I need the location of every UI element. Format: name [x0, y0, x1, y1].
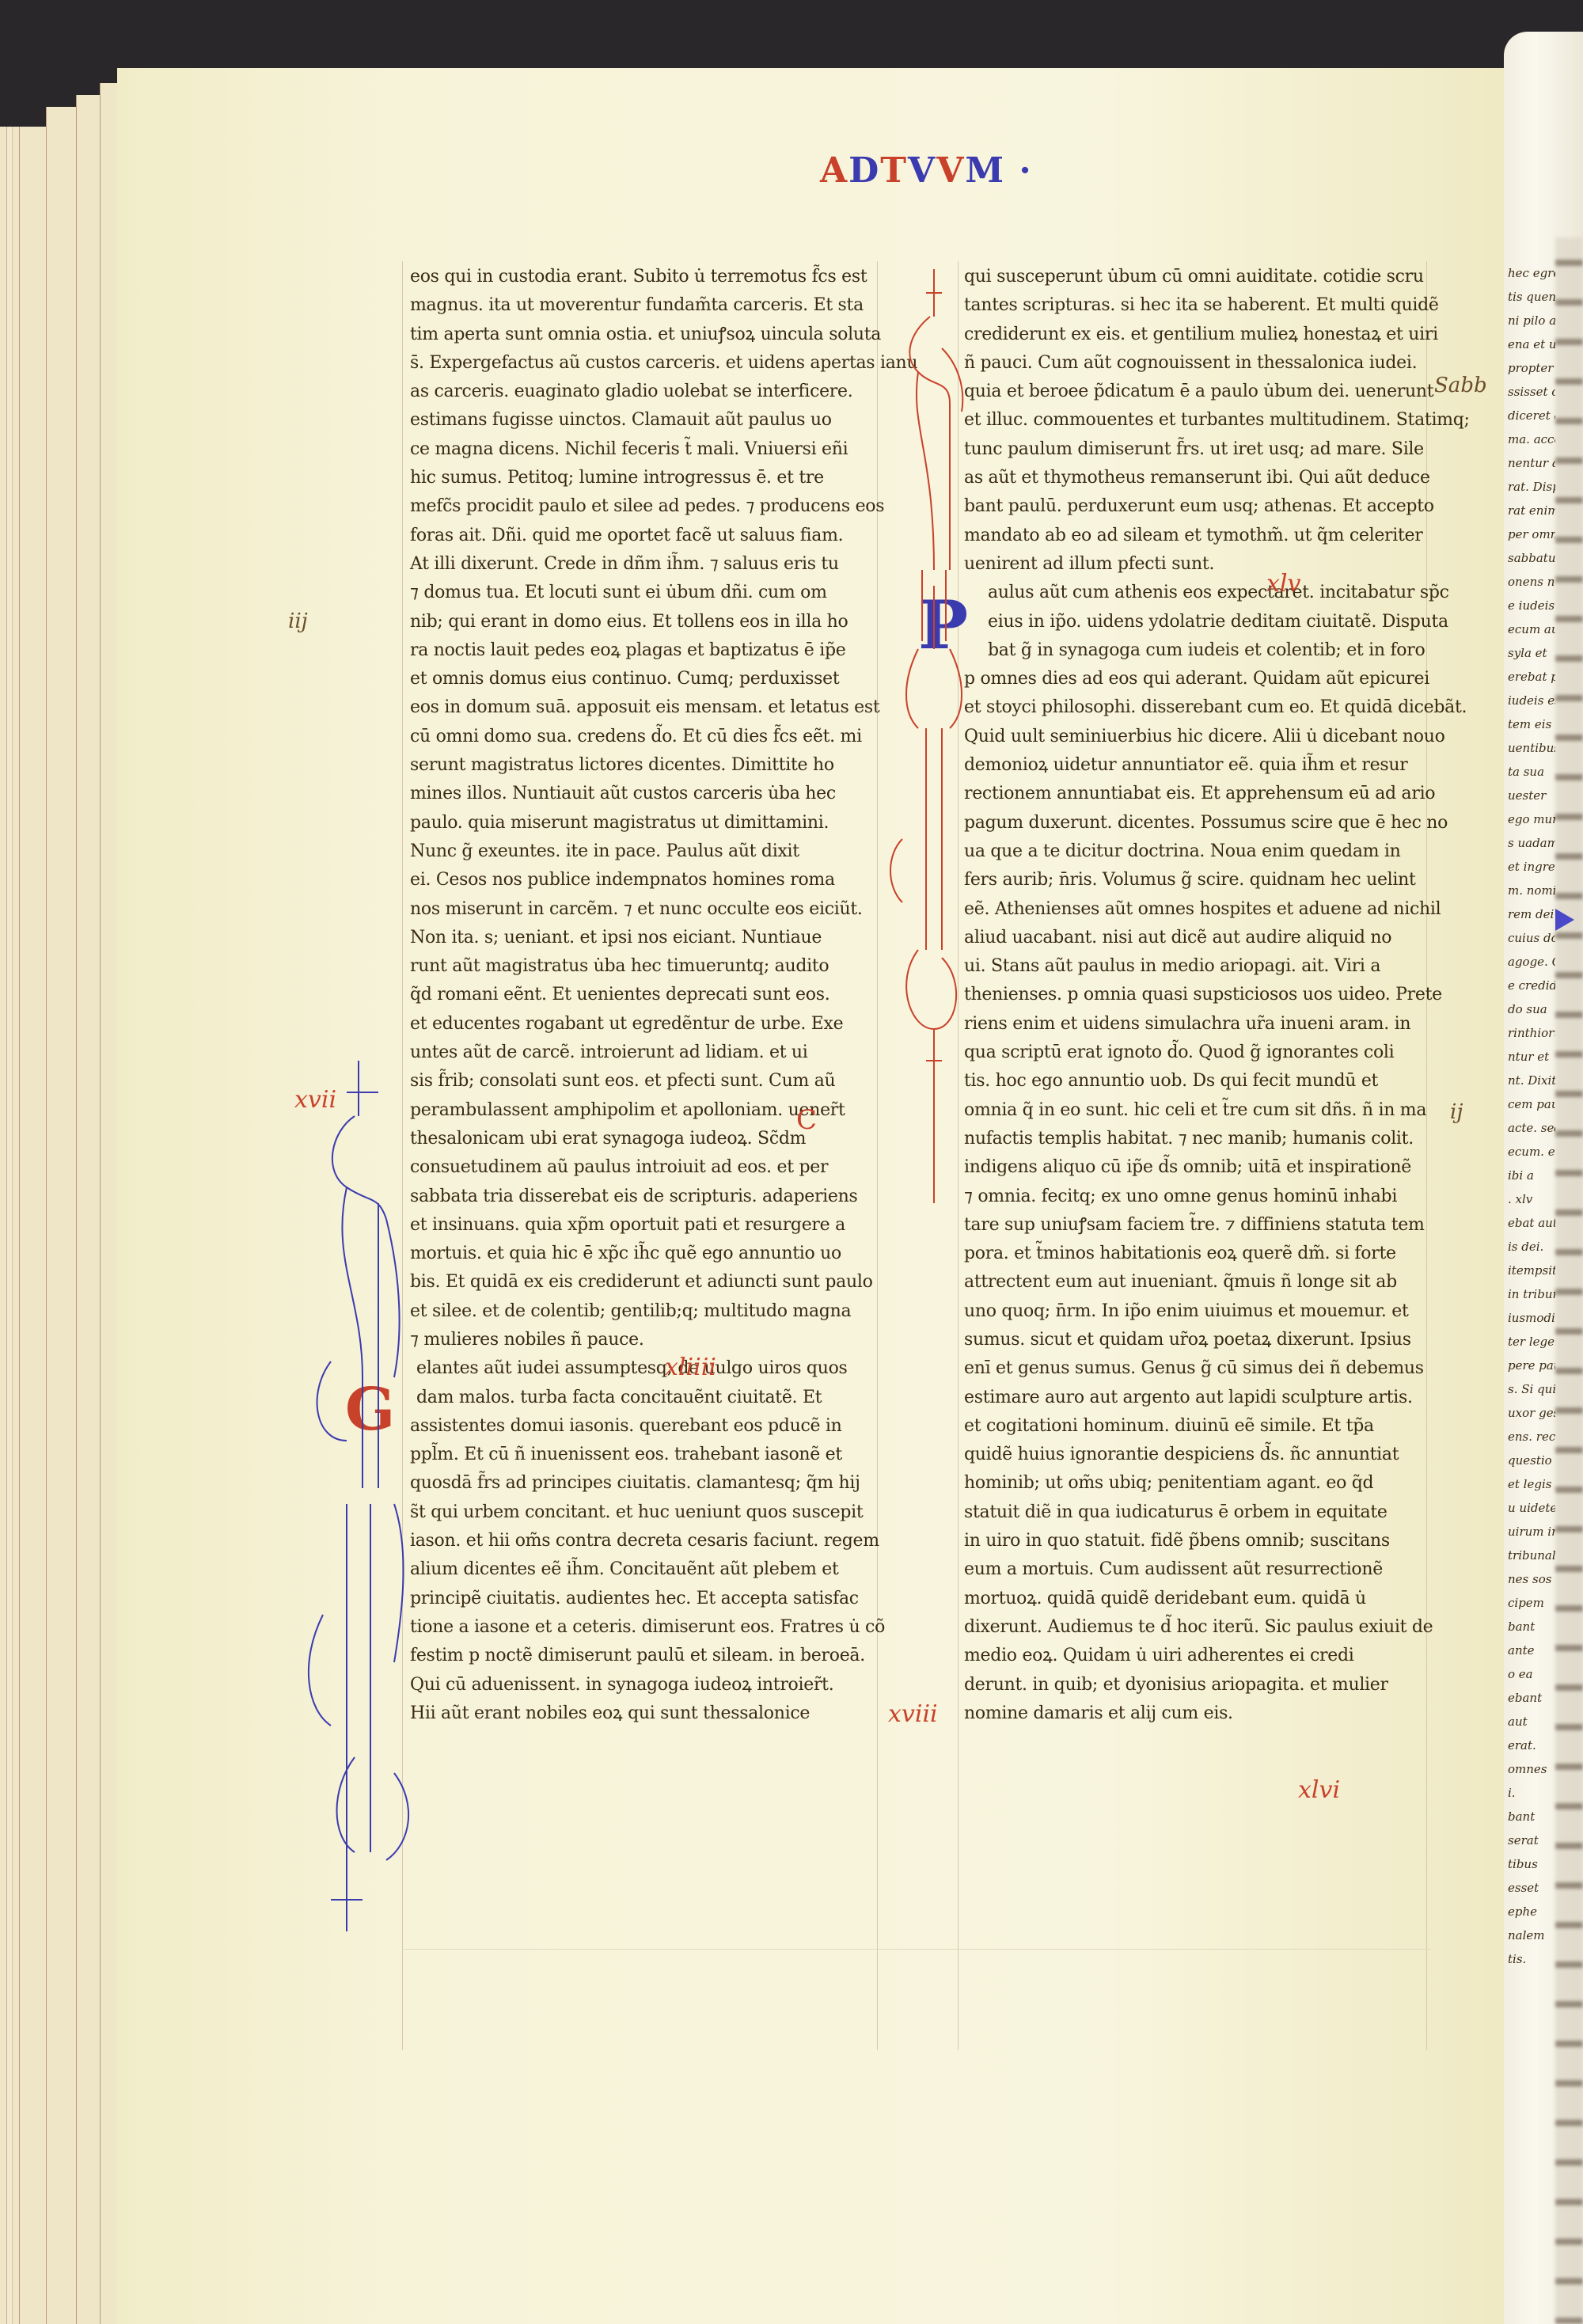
text-line: eos qui in custodia erant. Subito u̇ ter… [410, 263, 885, 291]
text-line: cipem [1508, 1591, 1555, 1615]
text-line: iason. et hii om̃s contra decreta cesari… [410, 1527, 885, 1555]
section-number-xliiii: xliiii [665, 1354, 716, 1381]
text-line: s uadam [1508, 831, 1555, 855]
text-line: uirum in [1508, 1520, 1555, 1544]
text-line: esset [1508, 1876, 1555, 1900]
text-line: tis. [1508, 1947, 1555, 1971]
text-line: mines illos. Nuntiauit aũt custos carcer… [410, 780, 885, 808]
text-line: e iudeis et [1508, 594, 1555, 617]
text-line: ni pilo aquilla [1508, 309, 1555, 332]
text-line: tantes scripturas. si hec ita se haberen… [964, 291, 1439, 320]
margin-note-ij: ij [1450, 1100, 1463, 1124]
text-line: s̄. Expergefactus aũ custos carceris. et… [410, 349, 885, 378]
text-line: cuius do [1508, 926, 1555, 950]
text-line: questio [1508, 1449, 1555, 1472]
text-line: as carceris. euaginato gladio uolebat se… [410, 378, 885, 406]
text-line: tem eis [1508, 712, 1555, 736]
text-line: in uiro in quo statuit. fidẽ p̃bens omni… [964, 1527, 1439, 1555]
text-line: ecum. et [1508, 1140, 1555, 1164]
text-line: qua scriptū erat ignoto d̃o. Quod g̃ ign… [964, 1039, 1439, 1067]
text-line: ibi a [1508, 1164, 1555, 1187]
text-line: tunc paulum dimiserunt f̃rs. ut iret usq… [964, 435, 1439, 464]
facing-leaf-edge [1555, 237, 1583, 2324]
text-line: uentibus [1508, 736, 1555, 760]
text-line: ego mun [1508, 807, 1555, 831]
text-line: i. [1508, 1781, 1555, 1805]
text-line: propter quod [1508, 356, 1555, 380]
text-line: et illuc. commouentes et turbantes multi… [964, 406, 1439, 435]
text-line: fers aurib; n̄ris. Volumus g̃ scire. qui… [964, 866, 1439, 894]
text-line: ebant [1508, 1686, 1555, 1710]
text-line: pagum duxerunt. dicentes. Possumus scire… [964, 809, 1439, 837]
text-line: q̃d romani eẽnt. Et uenientes deprecati … [410, 981, 885, 1009]
text-line: mortuoꝝ. quidā quidẽ deridebant eum. qui… [964, 1585, 1439, 1613]
text-line: mandato ab eo ad sileam et tymothm̃. ut … [964, 522, 1439, 550]
margin-note-sabb: Sabb [1434, 374, 1487, 397]
text-line: tare sup uniuꝭsam faciem t̃re. ⁊ diffini… [964, 1211, 1439, 1240]
text-line: At illi dixerunt. Crede in dñm ih̃m. ⁊ s… [410, 550, 885, 579]
text-line: ta sua [1508, 760, 1555, 784]
text-line: aliud uacabant. nisi aut dicẽ aut audire… [964, 924, 1439, 952]
text-line: hominib; ut om̃s ubiq; penitentiam agant… [964, 1469, 1439, 1498]
text-line: untes aũt de carcẽ. introierunt ad lidia… [410, 1039, 885, 1067]
text-line: onens nomen [1508, 570, 1555, 594]
text-line: riens enim et uidens simulachra ur̃a inu… [964, 1010, 1439, 1039]
text-line: cū omni domo sua. credens d̃o. Et cū die… [410, 723, 885, 751]
right-text-column: qui susceperunt u̇bum cū omni auiditate.… [964, 263, 1439, 1728]
text-line: m. nomine [1508, 879, 1555, 902]
text-line: bant [1508, 1615, 1555, 1639]
text-line: attrectent eum aut inueniant. q̃muis ñ l… [964, 1268, 1439, 1297]
text-line: . xlv [1508, 1187, 1555, 1211]
text-line: ecum autem [1508, 617, 1555, 641]
text-line: bis. Et quidā ex eis crediderunt et adiu… [410, 1268, 885, 1297]
text-line: serunt magistratus lictores dicentes. Di… [410, 751, 885, 780]
text-line: tim aperta sunt omnia ostia. et uniuꝭsoꝝ… [410, 321, 885, 349]
red-pen-flourish [886, 269, 974, 1203]
text-line: erebat paulus [1508, 665, 1555, 689]
text-line: et educentes rogabant ut egredẽntur de u… [410, 1010, 885, 1039]
text-line: syla et [1508, 641, 1555, 665]
running-title: ADTVVM · [820, 150, 1033, 191]
text-line: ebat aut ibi [1508, 1211, 1555, 1235]
text-line: ppl̃m. Et cū ñ inuenissent eos. traheban… [410, 1441, 885, 1469]
text-line: do sua [1508, 997, 1555, 1021]
text-line: ena et uxorem [1508, 332, 1555, 356]
text-line: ante [1508, 1639, 1555, 1662]
text-line: itempsit u [1508, 1259, 1555, 1282]
text-line: assistentes domui iasonis. querebant eos… [410, 1412, 885, 1441]
title-letter: M [965, 150, 1005, 191]
text-line: per omne [1508, 522, 1555, 546]
text-line: statuit diẽ in qua iudicaturus ē orbem i… [964, 1498, 1439, 1527]
text-line: ui. Stans aũt paulus in medio ariopagi. … [964, 952, 1439, 981]
text-line: bant [1508, 1805, 1555, 1828]
text-line: ntur et [1508, 1045, 1555, 1069]
title-letter: · [1005, 150, 1033, 191]
text-line: erat. [1508, 1734, 1555, 1757]
text-line: o ea [1508, 1662, 1555, 1686]
text-line: quidẽ huius ignorantie despiciens d̃s. ñ… [964, 1441, 1439, 1469]
text-line: crediderunt ex eis. et gentilium mulieꝝ … [964, 321, 1439, 349]
text-line: nalem [1508, 1923, 1555, 1947]
text-line: sabbatum [1508, 546, 1555, 570]
text-line: et cogitationi hominum. diuinū eẽ simile… [964, 1412, 1439, 1441]
text-line: tribunal [1508, 1544, 1555, 1567]
text-line: demonioꝝ uidetur annuntiator eẽ. quia ih… [964, 751, 1439, 780]
title-letter: V [936, 150, 965, 191]
text-line: rectionem annuntiabat eis. Et apprehensu… [964, 780, 1439, 808]
text-line: et legis [1508, 1472, 1555, 1496]
text-line: medio eoꝝ. Quidam u̇ uiri adherentes ei … [964, 1642, 1439, 1670]
text-line: aut [1508, 1710, 1555, 1734]
text-line: omnia q̃ in eo sunt. hic celi et t̃re cu… [964, 1096, 1439, 1125]
text-line: bat g̃ in synagoga cum iudeis et colenti… [964, 636, 1439, 665]
text-line: rat. Dispu [1508, 475, 1555, 499]
text-line: estimare auro aut argento aut lapidi scu… [964, 1384, 1439, 1412]
text-line: eos in domum suā. apposuit eis mensam. e… [410, 693, 885, 722]
text-line: bant paulū. perduxerunt eum usq; athenas… [964, 492, 1439, 521]
text-line: hec egressus ab [1508, 261, 1555, 285]
text-line: Hii aũt erant nobiles eoꝝ qui sunt thess… [410, 1699, 885, 1728]
text-line: derunt. in quib; et dyonisius ariopagita… [964, 1671, 1439, 1699]
text-line: alium dicentes eẽ ih̃m. Concitauẽnt aũt … [410, 1555, 885, 1584]
text-line: rinthiorum [1508, 1021, 1555, 1045]
text-line: rem dei [1508, 902, 1555, 926]
text-line: eius in ip̃o. uidens ydolatrie deditam c… [964, 608, 1439, 636]
chapter-number-xvii: xvii [294, 1086, 336, 1114]
text-line: pere paulo [1508, 1354, 1555, 1377]
text-line: ephe [1508, 1900, 1555, 1923]
text-line: et ingressus [1508, 855, 1555, 879]
chapter-number-xviii: xviii [888, 1700, 938, 1728]
text-line: diceret omnes [1508, 404, 1555, 427]
margin-note-iij: iij [288, 609, 308, 633]
text-line: nufactis templis habitat. ⁊ nec manib; h… [964, 1125, 1439, 1153]
text-line: ñ pauci. Cum aũt cognouissent in thessal… [964, 349, 1439, 378]
text-line: cem paulo [1508, 1092, 1555, 1116]
title-letter: T [880, 150, 908, 191]
text-line: pora. et t̃minos habitationis eoꝝ querẽ … [964, 1240, 1439, 1268]
text-line: uxor gestio ad [1508, 1401, 1555, 1425]
text-line: magnus. ita ut moverentur fundam̃ta carc… [410, 291, 885, 320]
text-line: nomine damaris et alij cum eis. [964, 1699, 1439, 1728]
text-line: nes sos [1508, 1567, 1555, 1591]
text-line: indigens aliquo cū ip̃e d̃s omnib; uitā … [964, 1153, 1439, 1182]
text-line: serat [1508, 1828, 1555, 1852]
text-line: e credidit [1508, 974, 1555, 997]
text-line: nt. Dixit [1508, 1069, 1555, 1092]
section-number-xlv: xlv [1266, 570, 1300, 598]
ruling-line [402, 1949, 1431, 1950]
text-line: uenirent ad illum pfecti sunt. [964, 550, 1439, 579]
text-line: et omnis domus eius continuo. Cumq; perd… [410, 665, 885, 693]
text-line: sumus. sicut et quidam ur̃oꝝ poetaꝝ dixe… [964, 1326, 1439, 1354]
text-line: eẽ. Athenienses aũt omnes hospites et ad… [964, 895, 1439, 924]
text-line: as aũt et thymotheus remanserunt ibi. Qu… [964, 464, 1439, 492]
text-line: rat enim [1508, 499, 1555, 522]
text-line: mefc̃s procidit paulo et silee ad pedes.… [410, 492, 885, 521]
text-line: iudeis esse [1508, 689, 1555, 712]
text-line: et silee. et de colentib; gentilib;q; mu… [410, 1297, 885, 1326]
text-line: ssisset claudi [1508, 380, 1555, 404]
text-line: principẽ ciuitatis. audientes hec. Et ac… [410, 1585, 885, 1613]
text-line: tis. hoc ego annuntio uob. Ds qui fecit … [964, 1067, 1439, 1096]
text-line: festim p noctẽ dimiserunt paulū et silea… [410, 1642, 885, 1670]
left-text-column: eos qui in custodia erant. Subito u̇ ter… [410, 263, 885, 1728]
text-line: sabbata tria disserebat eis de scripturi… [410, 1183, 885, 1211]
text-line: u uidete [1508, 1496, 1555, 1520]
text-line: tione a iasone et a ceteris. dimiserunt … [410, 1613, 885, 1642]
title-letter: V [908, 150, 936, 191]
text-line: Nunc g̃ exeuntes. ite in pace. Paulus aũ… [410, 837, 885, 866]
text-line: uno quoq; n̄rm. In ip̃o enim uiuimus et … [964, 1297, 1439, 1326]
section-number-xlvi: xlvi [1298, 1776, 1340, 1804]
text-line: ua que a te dicitur doctrina. Noua enim … [964, 837, 1439, 866]
text-line: eum a mortuis. Cum audissent aũt resurre… [964, 1555, 1439, 1584]
text-line: tis quendam i [1508, 285, 1555, 309]
text-line: s̃t qui urbem concitant. et huc ueniunt … [410, 1498, 885, 1527]
text-line: mortuis. et quia hic ē xp̃c ih̃c quẽ ego… [410, 1240, 885, 1268]
text-line: tibus [1508, 1852, 1555, 1876]
text-line: Qui cū aduenissent. in synagoga iudeoꝝ i… [410, 1671, 885, 1699]
title-letter: A [820, 150, 848, 191]
text-line: qui susceperunt u̇bum cū omni auiditate.… [964, 263, 1439, 291]
text-line: Quid uult seminiuerbius hic dicere. Alii… [964, 723, 1439, 751]
text-line: s. Si quidem [1508, 1377, 1555, 1401]
section-initial-c: C [796, 1104, 817, 1136]
text-line: ei. Cesos nos publice indempnatos homine… [410, 866, 885, 894]
text-line: dam malos. turba facta concitauẽnt ciuit… [410, 1384, 885, 1412]
text-line: enī et genus sumus. Genus g̃ cū simus de… [964, 1354, 1439, 1383]
facing-leaf-text: hec egressus abtis quendam ini pilo aqui… [1508, 261, 1555, 1971]
text-line: ens. recte ui [1508, 1425, 1555, 1449]
text-line: ra noctis lauit pedes eoꝝ plagas et bapt… [410, 636, 885, 665]
text-line: foras ait. Dñi. quid me oportet facẽ ut … [410, 522, 885, 550]
text-line: thenienses. p omnia quasi supsticiosos u… [964, 981, 1439, 1009]
text-line: paulo. quia miserunt magistratus ut dimi… [410, 809, 885, 837]
text-line: p omnes dies ad eos qui aderant. Quidam … [964, 665, 1439, 693]
text-line: aulus aũt cum athenis eos expectaret. in… [964, 579, 1439, 607]
text-line: ⁊ domus tua. Et locuti sunt ei u̇bum dñi… [410, 579, 885, 607]
text-line: is dei. [1508, 1235, 1555, 1259]
text-line: quosdā f̃rs ad principes ciuitatis. clam… [410, 1469, 885, 1498]
text-line: uester [1508, 784, 1555, 807]
text-line: ter legem [1508, 1330, 1555, 1354]
text-line: runt aũt magistratus u̇ba hec timueruntq… [410, 952, 885, 981]
text-line: et insinuans. quia xp̃m oportuit pati et… [410, 1211, 885, 1240]
text-line: nib; qui erant in domo eius. Et tollens … [410, 608, 885, 636]
text-line: iusmodi colen [1508, 1306, 1555, 1330]
text-line: agoge. Cris [1508, 950, 1555, 974]
text-line: Non ita. s; ueniant. et ipsi nos eiciant… [410, 924, 885, 952]
text-line: ⁊ omnia. fecitq; ex uno omne genus homin… [964, 1183, 1439, 1211]
text-line: quia et beroee p̃dicatum ē a paulo u̇bum… [964, 378, 1439, 406]
text-line: nentur apud [1508, 451, 1555, 475]
text-line: in tribunal [1508, 1282, 1555, 1306]
text-line: hic sumus. Petitoq; lumine introgressus … [410, 464, 885, 492]
text-line: omnes [1508, 1757, 1555, 1781]
blue-pen-flourish [299, 1061, 418, 1931]
text-line: ⁊ mulieres nobiles ñ pauce. [410, 1326, 885, 1354]
text-line: ce magna dicens. Nichil feceris t̃ mali.… [410, 435, 885, 464]
text-line: estimans fugisse uinctos. Clamauit aũt p… [410, 406, 885, 435]
title-letter: D [848, 150, 880, 191]
text-line: dixerunt. Audiemus te d̃ hoc iterũ. Sic … [964, 1613, 1439, 1642]
text-line: ma. accessit [1508, 427, 1555, 451]
text-line: acte. sed [1508, 1116, 1555, 1140]
text-line: elantes aũt iudei assumptesq; de uulgo u… [410, 1354, 885, 1383]
blue-paragraph-mark-icon [1555, 909, 1574, 931]
text-line: et stoyci philosophi. disserebant cum eo… [964, 693, 1439, 722]
text-line: nos miserunt in carcẽm. ⁊ et nunc occult… [410, 895, 885, 924]
text-line: sis f̃rib; consolati sunt eos. et pfecti… [410, 1067, 885, 1096]
text-line: consuetudinem aũ paulus introiuit ad eos… [410, 1153, 885, 1182]
